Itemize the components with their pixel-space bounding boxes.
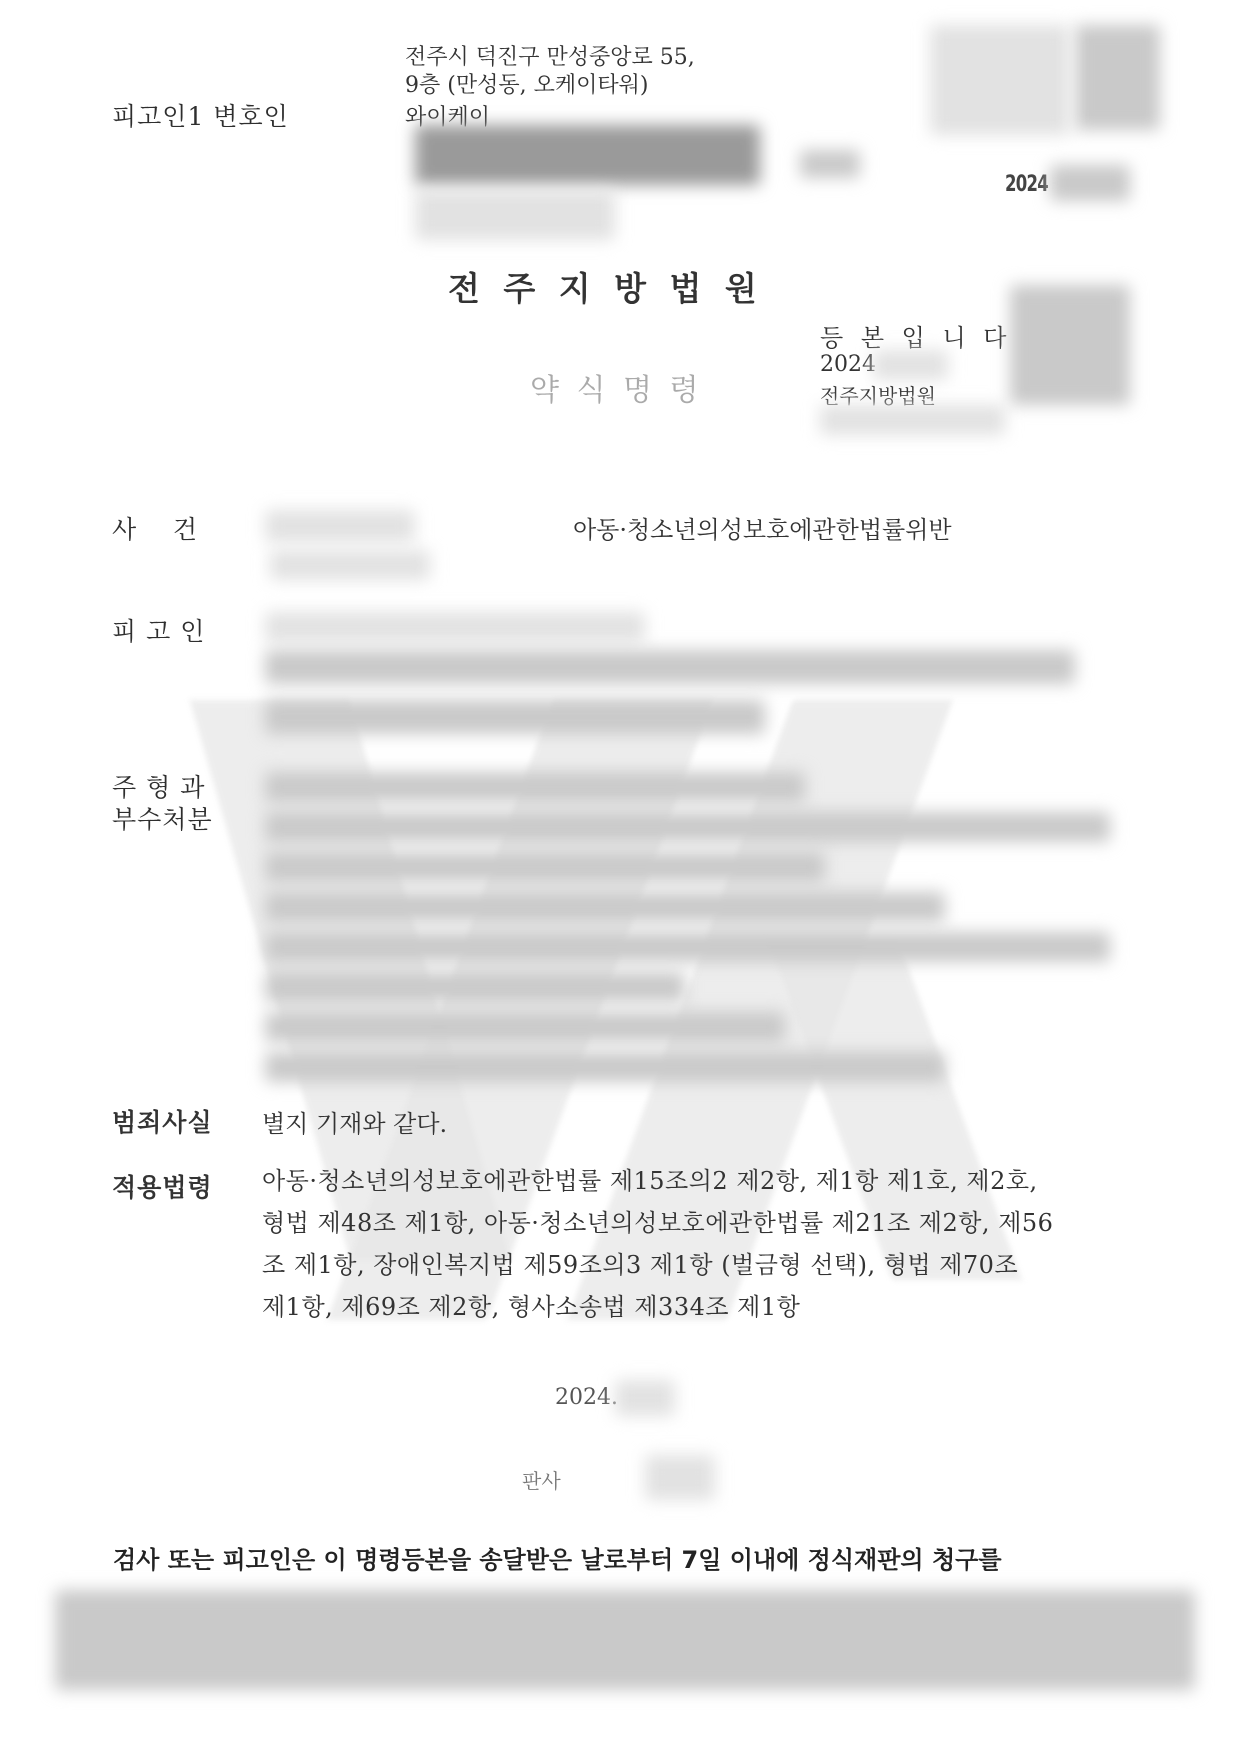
redacted-defendant-line2 (265, 650, 1075, 684)
redacted-stamp-date (1050, 165, 1130, 201)
redacted-sentence-line2 (265, 812, 1110, 842)
redacted-stamp-left (930, 25, 1070, 135)
sentence-label-line2: 부수처분 (112, 800, 213, 836)
redacted-court-seal (1010, 285, 1130, 405)
redacted-sentence-line5 (265, 932, 1110, 962)
redacted-sentence-line8 (265, 1052, 945, 1082)
redacted-counsel-detail (415, 190, 615, 240)
facts-value: 별지 기재와 같다. (262, 1104, 447, 1139)
redacted-footer-block (55, 1590, 1195, 1690)
counsel-address-line2: 9층 (만성동, 오케이타워) (405, 68, 648, 99)
certification-year: 2024 (820, 352, 876, 377)
redacted-counsel-names (415, 125, 760, 185)
case-charge: 아동·청소년의성보호에관한법률위반 (573, 510, 952, 545)
redacted-cert-date (873, 350, 948, 380)
laws-line: 조 제1항, 장애인복지법 제59조의3 제1항 (벌금형 선택), 형법 제7… (262, 1244, 1053, 1286)
redacted-stamp-top (1075, 25, 1160, 130)
laws-line: 제1항, 제69조 제2항, 형사소송법 제334조 제1항 (262, 1286, 1053, 1328)
redacted-sentence-line7 (265, 1012, 785, 1042)
counsel-address-line1: 전주시 덕진구 만성중앙로 55, (405, 40, 695, 71)
counsel-label: 피고인1 변호인 (112, 97, 289, 133)
document-type: 약 식 명 령 (530, 365, 703, 409)
redacted-order-date (615, 1380, 675, 1416)
redacted-sentence-line6 (265, 972, 685, 1002)
judge-label: 판사 (522, 1465, 561, 1494)
appeal-notice: 검사 또는 피고인은 이 명령등본을 송달받은 날로부터 7일 이내에 정식재판… (113, 1540, 1002, 1575)
redacted-sentence-line4 (265, 892, 945, 922)
facts-label: 범죄사실 (112, 1103, 213, 1139)
laws-line: 아동·청소년의성보호에관한법률 제15조의2 제2항, 제1항 제1호, 제2호… (262, 1160, 1053, 1202)
sentence-label-line1: 주 형 과 (112, 768, 205, 804)
redacted-counsel-sub (800, 150, 860, 178)
order-date: 2024. (555, 1385, 618, 1410)
redacted-sentence-line1 (265, 772, 805, 802)
laws-line: 형법 제48조 제1항, 아동·청소년의성보호에관한법률 제21조 제2항, 제… (262, 1202, 1053, 1244)
certification-text: 등 본 입 니 다 (820, 318, 1011, 353)
defendant-label: 피 고 인 (112, 612, 205, 648)
stamp-year: 2024 (1005, 172, 1048, 197)
redacted-case-number-2 (270, 550, 430, 580)
redacted-sentence-line3 (265, 852, 825, 882)
redacted-case-number (265, 510, 415, 542)
redacted-cert-clerk (820, 405, 1005, 435)
redacted-defendant-line3 (265, 700, 765, 734)
case-label: 사 건 (112, 510, 198, 546)
laws-block: 아동·청소년의성보호에관한법률 제15조의2 제2항, 제1항 제1호, 제2호… (262, 1160, 1053, 1328)
court-name: 전 주 지 방 법 원 (448, 263, 763, 310)
redacted-judge-name (645, 1455, 715, 1500)
redacted-defendant-line1 (265, 612, 645, 642)
laws-label: 적용법령 (112, 1168, 213, 1204)
